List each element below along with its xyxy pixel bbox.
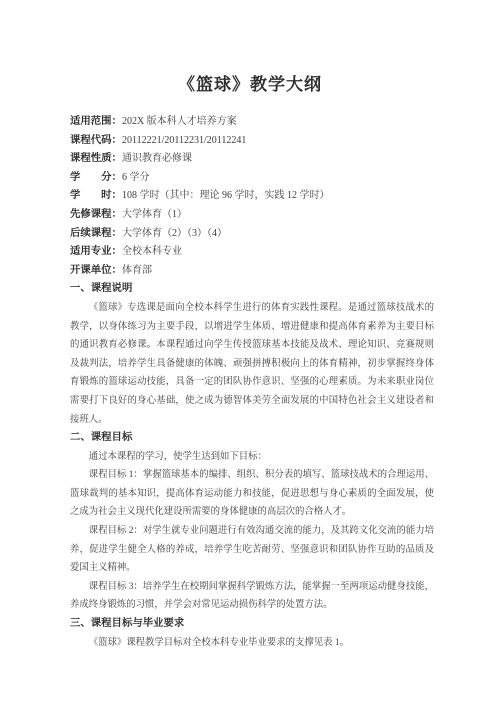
- section-course-objectives: 二、课程目标 通过本课程的学习，使学生达到如下目标： 课程目标 1：掌握篮球基本…: [70, 429, 434, 615]
- meta-line-course-type: 课程性质：通识教育必修课: [70, 150, 434, 169]
- section-course-description: 一、课程说明 《篮球》专选课是面向全校本科学生进行的体育实践性课程。是通过篮球技…: [70, 280, 434, 429]
- meta-value: 通识教育必修课: [122, 153, 192, 164]
- section-objectives-graduation-requirements: 三、课程目标与毕业要求 《篮球》课程教学目标对全校本科专业毕业要求的支撑见表 1…: [70, 615, 434, 652]
- course-info-list: 适用范围：202X 版本科人才培养方案 课程代码：20112221/201122…: [70, 113, 434, 280]
- course-objective-1: 课程目标 1：掌握篮球基本的编排、组织、积分表的填写、篮球技战术的合理运用、篮球…: [70, 466, 434, 522]
- meta-label: 课程性质：: [70, 153, 122, 164]
- meta-label: 适用范围：: [70, 116, 122, 127]
- meta-line-credits: 学 分：6 学分: [70, 169, 434, 188]
- meta-label: 学 分：: [70, 172, 122, 183]
- section-heading: 三、课程目标与毕业要求: [70, 615, 434, 634]
- section-paragraph: 《篮球》专选课是面向全校本科学生进行的体育实践性课程。是通过篮球技战术的教学，以…: [70, 299, 434, 429]
- document-title: 《篮球》教学大纲: [0, 0, 500, 95]
- meta-line-prerequisites: 先修课程：大学体育（1）: [70, 206, 434, 225]
- course-objective-2: 课程目标 2：对学生就专业问题进行有效沟通交流的能力，及其跨文化交流的能力培养，…: [70, 522, 434, 578]
- meta-label: 开课单位：: [70, 265, 122, 276]
- meta-value: 108 学时（其中：理论 96 学时，实践 12 学时）: [122, 190, 330, 201]
- meta-label: 学 时：: [70, 190, 122, 201]
- section-heading: 二、课程目标: [70, 429, 434, 448]
- meta-value: 全校本科专业: [122, 246, 182, 257]
- document-content: 适用范围：202X 版本科人才培养方案 课程代码：20112221/201122…: [70, 113, 434, 652]
- meta-label: 适用专业：: [70, 246, 122, 257]
- meta-value: 体育部: [122, 265, 152, 276]
- syllabus-page: 《篮球》教学大纲 适用范围：202X 版本科人才培养方案 课程代码：201122…: [0, 0, 500, 707]
- meta-label: 课程代码：: [70, 135, 122, 146]
- meta-line-scope: 适用范围：202X 版本科人才培养方案: [70, 113, 434, 132]
- meta-value: 6 学分: [122, 172, 150, 183]
- course-objective-3: 课程目标 3：培养学生在校期间掌握科学锻炼方法，能掌握一至两项运动健身技能，养成…: [70, 578, 434, 615]
- meta-line-course-code: 课程代码：20112221/20112231/20112241: [70, 132, 434, 151]
- meta-line-offering-unit: 开课单位：体育部: [70, 262, 434, 281]
- meta-value: 20112221/20112231/20112241: [122, 135, 246, 146]
- meta-value: 大学体育（2）（3）（4）: [122, 228, 227, 239]
- section-paragraph: 通过本课程的学习，使学生达到如下目标：: [70, 448, 434, 467]
- meta-value: 202X 版本科人才培养方案: [122, 116, 237, 127]
- meta-label: 先修课程：: [70, 209, 122, 220]
- meta-line-applicable-majors: 适用专业：全校本科专业: [70, 243, 434, 262]
- meta-value: 大学体育（1）: [122, 209, 187, 220]
- meta-line-subsequent-courses: 后续课程：大学体育（2）（3）（4）: [70, 225, 434, 244]
- section-paragraph: 《篮球》课程教学目标对全校本科专业毕业要求的支撑见表 1。: [70, 634, 434, 653]
- meta-label: 后续课程：: [70, 228, 122, 239]
- section-heading: 一、课程说明: [70, 280, 434, 299]
- meta-line-hours: 学 时：108 学时（其中：理论 96 学时，实践 12 学时）: [70, 187, 434, 206]
